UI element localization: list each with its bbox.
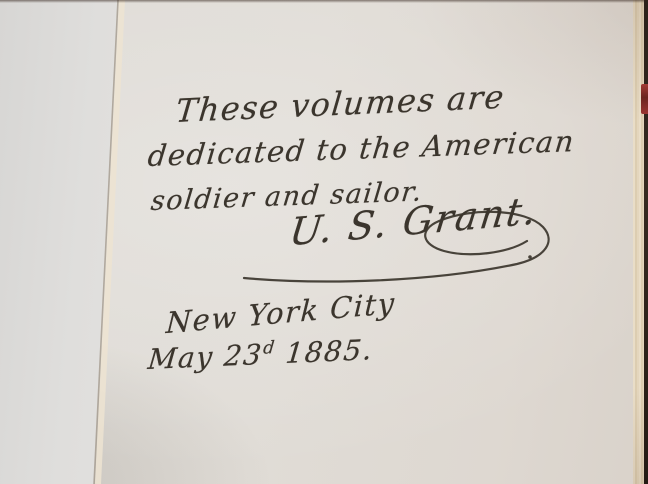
top-edge-shadow bbox=[0, 0, 648, 3]
signature: U. S. Grant. bbox=[232, 200, 572, 295]
date-day: May 23 bbox=[146, 338, 264, 376]
red-cover-glimpse bbox=[641, 84, 648, 114]
book-photo: These volumes are dedicated to the Ameri… bbox=[0, 0, 648, 484]
book-cover-edge bbox=[644, 0, 648, 484]
date-year: 1885. bbox=[274, 333, 375, 370]
